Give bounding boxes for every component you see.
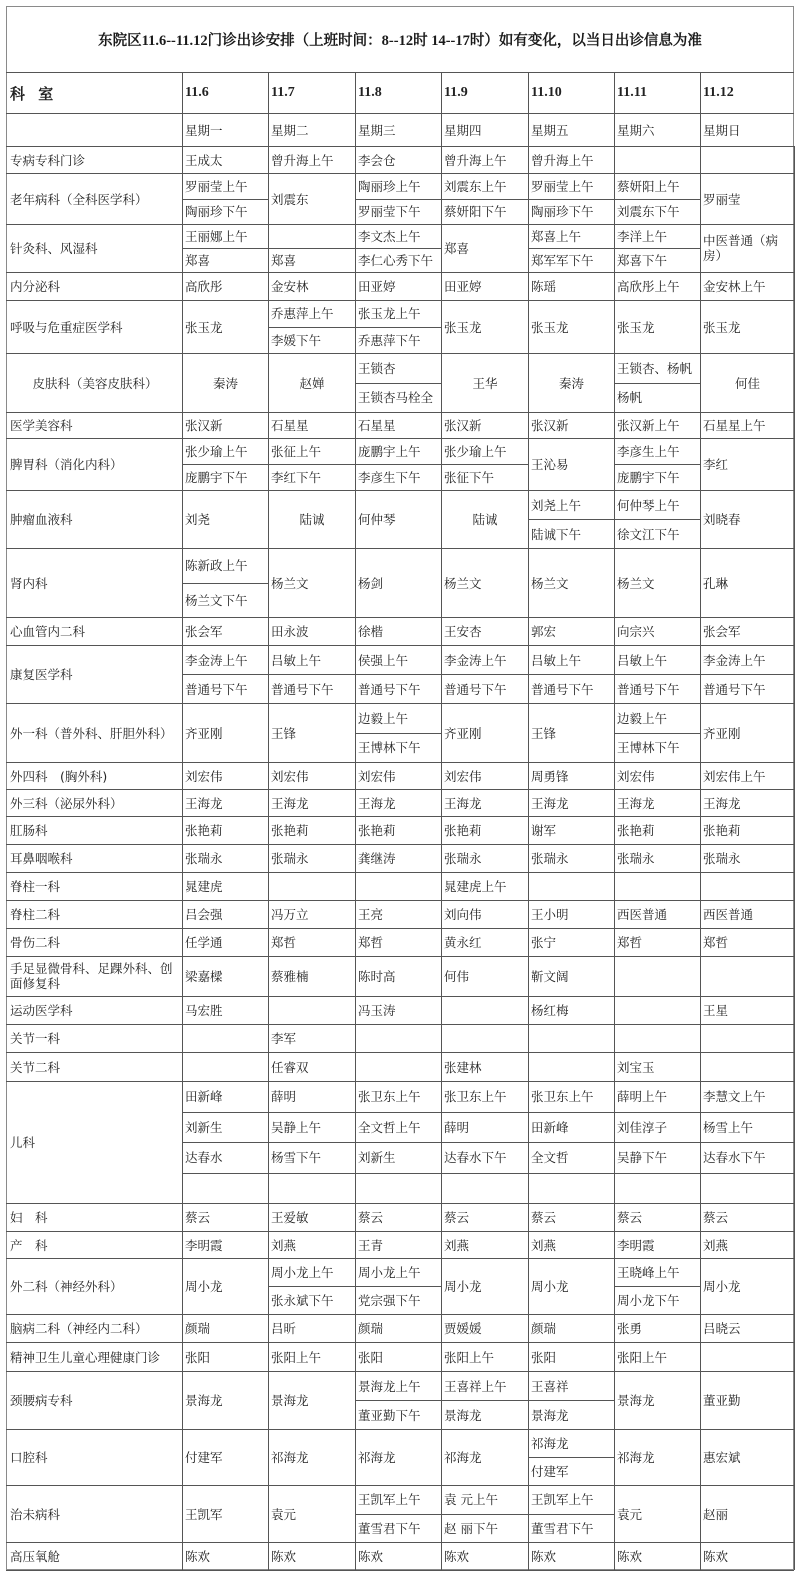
schedule-cell: 董雪君下午 [529,1514,614,1543]
schedule-cell: 秦涛 [529,353,614,412]
schedule-cell: 张少瑜上午 [442,438,528,464]
schedule-cell: 张少瑜上午 [183,438,268,464]
schedule-cell: 王华 [442,353,528,412]
schedule-cell: 齐亚刚 [183,703,268,762]
schedule-cell: 陈瑶 [529,272,614,300]
schedule-cell: 李文杰上午 [356,224,441,248]
schedule-cell: 杨兰文 [269,548,355,617]
schedule-cell: 郑军军下午 [529,248,614,272]
grid-line-v [794,173,795,224]
schedule-cell [183,1173,268,1204]
schedule-cell: 孔琳 [701,548,794,617]
schedule-cell: 蔡云 [183,1203,268,1231]
schedule-cell: 刘燕 [701,1231,794,1258]
schedule-cell: 张玉龙上午 [356,300,441,327]
grid-line-v [794,996,795,1024]
schedule-cell: 龚继涛 [356,844,441,872]
schedule-cell: 陈欢 [269,1542,355,1570]
schedule-cell: 中医普通（病房） [701,224,794,272]
schedule-cell: 赵婵 [269,353,355,412]
schedule-cell: 曾升海上午 [442,146,528,173]
schedule-cell [269,224,355,248]
schedule-cell: 靳文阔 [529,956,614,996]
schedule-cell: 王凯军 [183,1485,268,1542]
schedule-cell: 石星星上午 [701,412,794,438]
schedule-cell: 张玉龙 [701,300,794,353]
schedule-cell: 何伟 [442,956,528,996]
schedule-cell: 刘新生 [356,1142,441,1173]
schedule-cell: 乔惠萍上午 [269,300,355,327]
schedule-cell: 全文哲 [529,1142,614,1173]
schedule-cell: 石星星 [356,412,441,438]
schedule-cell: 普通号下午 [615,674,700,703]
schedule-cell: 李仁心秀下午 [356,248,441,272]
schedule-cell: 金安林 [269,272,355,300]
date-header: 11.8 [356,73,441,113]
grid-line-v [794,272,795,300]
grid-line-v [794,645,795,703]
schedule-cell [615,996,700,1024]
schedule-cell: 张会军 [183,617,268,645]
schedule-cell: 陈新政上午 [183,548,268,583]
schedule-cell: 郑哲 [269,928,355,956]
schedule-cell: 蔡妍阳下午 [442,199,528,225]
schedule-cell [356,1024,441,1052]
schedule-cell: 全文哲上午 [356,1112,441,1143]
schedule-cell: 晁建虎 [183,872,268,900]
schedule-cell: 蔡雅楠 [269,956,355,996]
grid-line-v [794,1024,795,1052]
schedule-cell: 曾升海上午 [269,146,355,173]
weekday-header: 星期二 [269,113,355,146]
grid-line-v [794,762,795,789]
grid-line-v [355,73,356,146]
schedule-cell: 郭宏 [529,617,614,645]
schedule-cell: 张艳莉 [269,816,355,844]
department-name: 老年病科（全科医学科） [8,173,182,224]
date-header: 11.10 [529,73,614,113]
schedule-cell: 景海龙 [183,1371,268,1429]
grid-line-v [794,412,795,438]
schedule-cell: 王锁杏 [356,353,441,383]
schedule-cell: 张建林 [442,1052,528,1081]
schedule-cell: 周小龙 [701,1258,794,1314]
schedule-cell: 王锁杏马栓全 [356,383,441,413]
schedule-cell: 陈欢 [529,1542,614,1570]
grid-line-v [794,1342,795,1371]
schedule-cell: 刘燕 [442,1231,528,1258]
schedule-cell: 刘宏伟上午 [701,762,794,789]
grid-line-v [794,1314,795,1342]
schedule-cell: 王丽娜上午 [183,224,268,248]
schedule-cell [529,1052,614,1081]
schedule-cell [356,872,441,900]
schedule-cell: 王博林下午 [615,733,700,763]
schedule-cell: 冯玉涛 [356,996,441,1024]
schedule-cell [701,872,794,900]
schedule-cell: 祁海龙 [356,1429,441,1485]
department-name: 脊柱二科 [8,900,182,928]
schedule-cell: 杨兰文 [529,548,614,617]
schedule-cell: 李金涛上午 [183,645,268,674]
department-name: 康复医学科 [8,645,182,703]
grid-line-v [794,900,795,928]
department-name: 肛肠科 [8,816,182,844]
schedule-cell: 达春水下午 [701,1142,794,1173]
schedule-cell: 付建军 [183,1429,268,1485]
schedule-cell: 何仲琴 [356,490,441,548]
schedule-cell: 谢军 [529,816,614,844]
schedule-cell: 郑哲 [356,928,441,956]
schedule-cell: 张阳上午 [442,1342,528,1371]
schedule-cell: 景海龙 [529,1400,614,1429]
schedule-cell: 张艳莉 [701,816,794,844]
schedule-cell: 陶丽珍下午 [183,199,268,225]
schedule-cell: 王凯军上午 [529,1485,614,1514]
schedule-cell: 侯强上午 [356,645,441,674]
schedule-cell: 张卫东上午 [529,1081,614,1112]
schedule-cell: 刘向伟 [442,900,528,928]
schedule-cell: 张艳莉 [356,816,441,844]
department-name: 内分泌科 [8,272,182,300]
schedule-cell: 王青 [356,1231,441,1258]
schedule-cell: 周小龙 [442,1258,528,1314]
schedule-cell: 黄永红 [442,928,528,956]
grid-line-v [794,789,795,816]
schedule-cell: 颜瑞 [356,1314,441,1342]
schedule-cell: 王海龙 [269,789,355,816]
schedule-cell: 普通号下午 [701,674,794,703]
schedule-cell: 王凯军上午 [356,1485,441,1514]
schedule-cell: 陈时高 [356,956,441,996]
department-name: 肾内科 [8,548,182,617]
schedule-cell: 王锋 [529,703,614,762]
schedule-cell: 任学通 [183,928,268,956]
schedule-cell: 周小龙 [529,1258,614,1314]
department-name: 专病专科门诊 [8,146,182,173]
schedule-cell: 张艳莉 [615,816,700,844]
schedule-cell: 刘佳淳子 [615,1112,700,1143]
schedule-cell [701,1024,794,1052]
schedule-cell: 祁海龙 [615,1429,700,1485]
date-header: 11.7 [269,73,355,113]
schedule-cell: 陶丽珍上午 [356,173,441,199]
schedule-cell: 王安杏 [442,617,528,645]
schedule-cell: 王爱敏 [269,1203,355,1231]
schedule-cell: 张卫东上午 [356,1081,441,1112]
schedule-cell: 罗丽莹上午 [529,173,614,199]
grid-line-v [794,1081,795,1203]
grid-line-h [6,113,794,114]
schedule-cell: 徐楷 [356,617,441,645]
schedule-cell: 刘尧上午 [529,490,614,519]
schedule-cell: 罗丽莹上午 [183,173,268,199]
schedule-cell: 李洋上午 [615,224,700,248]
department-name: 产 科 [8,1231,182,1258]
schedule-cell: 达春水下午 [442,1142,528,1173]
schedule-cell: 李彦生下午 [356,464,441,490]
schedule-cell: 袁元 [269,1485,355,1542]
weekday-header: 星期五 [529,113,614,146]
schedule-cell: 普通号下午 [442,674,528,703]
grid-line-v [182,73,183,146]
schedule-cell: 李红下午 [269,464,355,490]
schedule-cell: 杨兰文 [615,548,700,617]
department-name: 关节二科 [8,1052,182,1081]
schedule-cell: 王海龙 [442,789,528,816]
schedule-cell: 陶丽珍下午 [529,199,614,225]
schedule-cell: 田亚婷 [356,272,441,300]
grid-line-v [794,353,795,412]
schedule-cell: 杨红梅 [529,996,614,1024]
grid-line-v [794,1258,795,1314]
schedule-cell: 张玉龙 [442,300,528,353]
schedule-cell: 李媛下午 [269,327,355,354]
schedule-cell: 陆诚 [269,490,355,548]
department-name: 儿科 [8,1081,182,1203]
schedule-cell: 陆诚下午 [529,519,614,548]
schedule-cell: 祁海龙 [529,1429,614,1457]
grid-line-v [794,1052,795,1081]
schedule-cell: 罗丽莹 [701,173,794,224]
schedule-cell: 张会军 [701,617,794,645]
department-name: 医学美容科 [8,412,182,438]
grid-line-v [700,73,701,146]
schedule-cell: 何佳 [701,353,794,412]
schedule-cell: 庞鹏宇下午 [615,464,700,490]
grid-line-v [268,73,269,146]
schedule-cell: 张征上午 [269,438,355,464]
schedule-cell [356,1052,441,1081]
department-name: 心血管内二科 [8,617,182,645]
schedule-cell: 张汉新 [442,412,528,438]
grid-line-v [794,146,795,173]
department-name: 运动医学科 [8,996,182,1024]
department-name: 肿瘤血液科 [8,490,182,548]
schedule-cell: 达春水 [183,1142,268,1173]
schedule-cell [442,1173,528,1204]
schedule-cell: 王海龙 [356,789,441,816]
schedule-cell: 赵 丽下午 [442,1514,528,1543]
grid-line-v [441,73,442,146]
schedule-cell: 刘燕 [529,1231,614,1258]
grid-line-v [794,300,795,353]
weekday-header: 星期四 [442,113,528,146]
schedule-cell [529,1024,614,1052]
schedule-cell: 乔惠萍下午 [356,327,441,354]
schedule-cell: 张阳上午 [615,1342,700,1371]
grid-line-v [794,438,795,490]
schedule-cell: 李军 [269,1024,355,1052]
department-name: 妇 科 [8,1203,182,1231]
department-name: 脊柱一科 [8,872,182,900]
schedule-cell: 祁海龙 [442,1429,528,1485]
schedule-cell: 刘燕 [269,1231,355,1258]
schedule-cell [183,1024,268,1052]
schedule-cell: 李会仓 [356,146,441,173]
schedule-cell: 晁建虎上午 [442,872,528,900]
grid-line-v [794,1485,795,1542]
schedule-cell [615,1173,700,1204]
schedule-cell: 薛明 [442,1112,528,1143]
department-name: 口腔科 [8,1429,182,1485]
schedule-cell: 任睿双 [269,1052,355,1081]
schedule-cell: 徐文江下午 [615,519,700,548]
schedule-cell [356,1173,441,1204]
schedule-cell: 冯万立 [269,900,355,928]
schedule-cell: 党宗强下午 [356,1286,441,1314]
schedule-cell [183,1052,268,1081]
schedule-cell: 田永波 [269,617,355,645]
schedule-cell: 杨兰文下午 [183,583,268,618]
schedule-cell: 王小明 [529,900,614,928]
schedule-cell: 周小龙上午 [269,1258,355,1286]
department-name: 呼吸与危重症医学科 [8,300,182,353]
schedule-title: 东院区11.6--11.12门诊出诊安排（上班时间：8--12时 14--17时… [6,6,794,73]
weekday-header: 星期一 [183,113,268,146]
schedule-cell: 刘晓春 [701,490,794,548]
schedule-cell: 郑喜 [183,248,268,272]
schedule-cell: 薛明 [269,1081,355,1112]
schedule-cell: 王星 [701,996,794,1024]
grid-line-v [794,816,795,844]
schedule-cell [701,146,794,173]
department-name: 脾胃科（消化内科） [8,438,182,490]
schedule-cell: 刘新生 [183,1112,268,1143]
schedule-cell: 蔡妍阳上午 [615,173,700,199]
schedule-cell: 张阳 [529,1342,614,1371]
schedule-cell: 蔡云 [356,1203,441,1231]
schedule-cell: 李金涛上午 [701,645,794,674]
schedule-cell: 普通号下午 [356,674,441,703]
schedule-cell: 吕敏上午 [615,645,700,674]
schedule-cell: 景海龙 [615,1371,700,1429]
schedule-cell [701,956,794,996]
schedule-cell: 刘宏伟 [615,762,700,789]
schedule-cell [442,996,528,1024]
schedule-cell: 高欣彤上午 [615,272,700,300]
schedule-cell: 张玉龙 [529,300,614,353]
schedule-cell [615,956,700,996]
grid-line-v [794,928,795,956]
grid-line-v [794,703,795,762]
schedule-cell: 刘宏伟 [356,762,441,789]
schedule-cell: 庞鹏宇下午 [183,464,268,490]
schedule-cell: 向宗兴 [615,617,700,645]
schedule-cell: 齐亚刚 [442,703,528,762]
schedule-cell: 张永斌下午 [269,1286,355,1314]
department-name: 治未病科 [8,1485,182,1542]
schedule-cell: 刘尧 [183,490,268,548]
department-name: 外四科 (胸外科) [8,762,182,789]
schedule-cell: 刘震东上午 [442,173,528,199]
schedule-cell: 郑喜 [269,248,355,272]
schedule-cell: 高欣彤 [183,272,268,300]
grid-line-v [794,844,795,872]
department-name: 针灸科、风湿科 [8,224,182,272]
schedule-cell: 西医普通 [615,900,700,928]
schedule-cell: 董雪君下午 [356,1514,441,1543]
schedule-cell: 张阳 [183,1342,268,1371]
schedule-cell: 石星星 [269,412,355,438]
schedule-cell: 张玉龙 [615,300,700,353]
grid-line-v [794,1231,795,1258]
schedule-cell: 袁 元上午 [442,1485,528,1514]
schedule-cell: 张宁 [529,928,614,956]
schedule-cell: 杨雪上午 [701,1112,794,1143]
schedule-cell: 田新峰 [529,1112,614,1143]
grid-line-v [794,548,795,617]
schedule-cell: 王成太 [183,146,268,173]
grid-line-v [614,73,615,146]
department-name: 外三科（泌尿外科） [8,789,182,816]
schedule-cell: 颜瑞 [529,1314,614,1342]
schedule-cell: 张玉龙 [183,300,268,353]
schedule-cell: 边毅上午 [356,703,441,733]
schedule-cell: 董亚勤 [701,1371,794,1429]
schedule-cell: 郑哲 [615,928,700,956]
schedule-cell: 刘震东 [269,173,355,224]
schedule-cell [615,146,700,173]
grid-line-v [794,617,795,645]
schedule-cell: 西医普通 [701,900,794,928]
schedule-cell [701,1052,794,1081]
schedule-cell: 周小龙 [183,1258,268,1314]
schedule-cell: 王海龙 [529,789,614,816]
schedule-cell: 田新峰 [183,1081,268,1112]
schedule-cell: 蔡云 [529,1203,614,1231]
schedule-cell: 刘震东下午 [615,199,700,225]
schedule-cell [701,1173,794,1204]
schedule-cell: 罗丽莹下午 [356,199,441,225]
weekday-header: 星期六 [615,113,700,146]
schedule-cell: 吕敏上午 [269,645,355,674]
schedule-cell: 王博林下午 [356,733,441,763]
schedule-cell: 陈欢 [701,1542,794,1570]
schedule-cell [269,1173,355,1204]
department-name: 颈腰病专科 [8,1371,182,1429]
schedule-cell: 张艳莉 [442,816,528,844]
schedule-cell: 王锋 [269,703,355,762]
weekday-header: 星期日 [701,113,794,146]
schedule-cell: 贾媛媛 [442,1314,528,1342]
schedule-cell: 王喜祥上午 [442,1371,528,1400]
schedule-cell: 秦涛 [183,353,268,412]
schedule-cell: 齐亚刚 [701,703,794,762]
schedule-cell: 刘宏伟 [269,762,355,789]
schedule-cell: 吴静上午 [269,1112,355,1143]
schedule-cell: 张汉新 [183,412,268,438]
schedule-cell: 李明霞 [183,1231,268,1258]
department-name: 脑病二科（神经内二科） [8,1314,182,1342]
schedule-cell [615,872,700,900]
schedule-cell: 张卫东上午 [442,1081,528,1112]
schedule-cell: 刘宏伟 [442,762,528,789]
grid-line-h [6,1570,794,1571]
dept-column-header: 科 室 [8,73,182,113]
schedule-cell: 梁嘉樑 [183,956,268,996]
schedule-cell [615,1024,700,1052]
schedule-cell: 陈欢 [356,1542,441,1570]
schedule-cell: 李红 [701,438,794,490]
schedule-cell: 郑喜下午 [615,248,700,272]
department-name: 骨伤二科 [8,928,182,956]
schedule-cell: 袁元 [615,1485,700,1542]
schedule-cell: 张瑞永 [442,844,528,872]
schedule-cell: 张艳莉 [183,816,268,844]
schedule-cell: 蔡云 [442,1203,528,1231]
schedule-cell: 郑喜 [442,224,528,272]
